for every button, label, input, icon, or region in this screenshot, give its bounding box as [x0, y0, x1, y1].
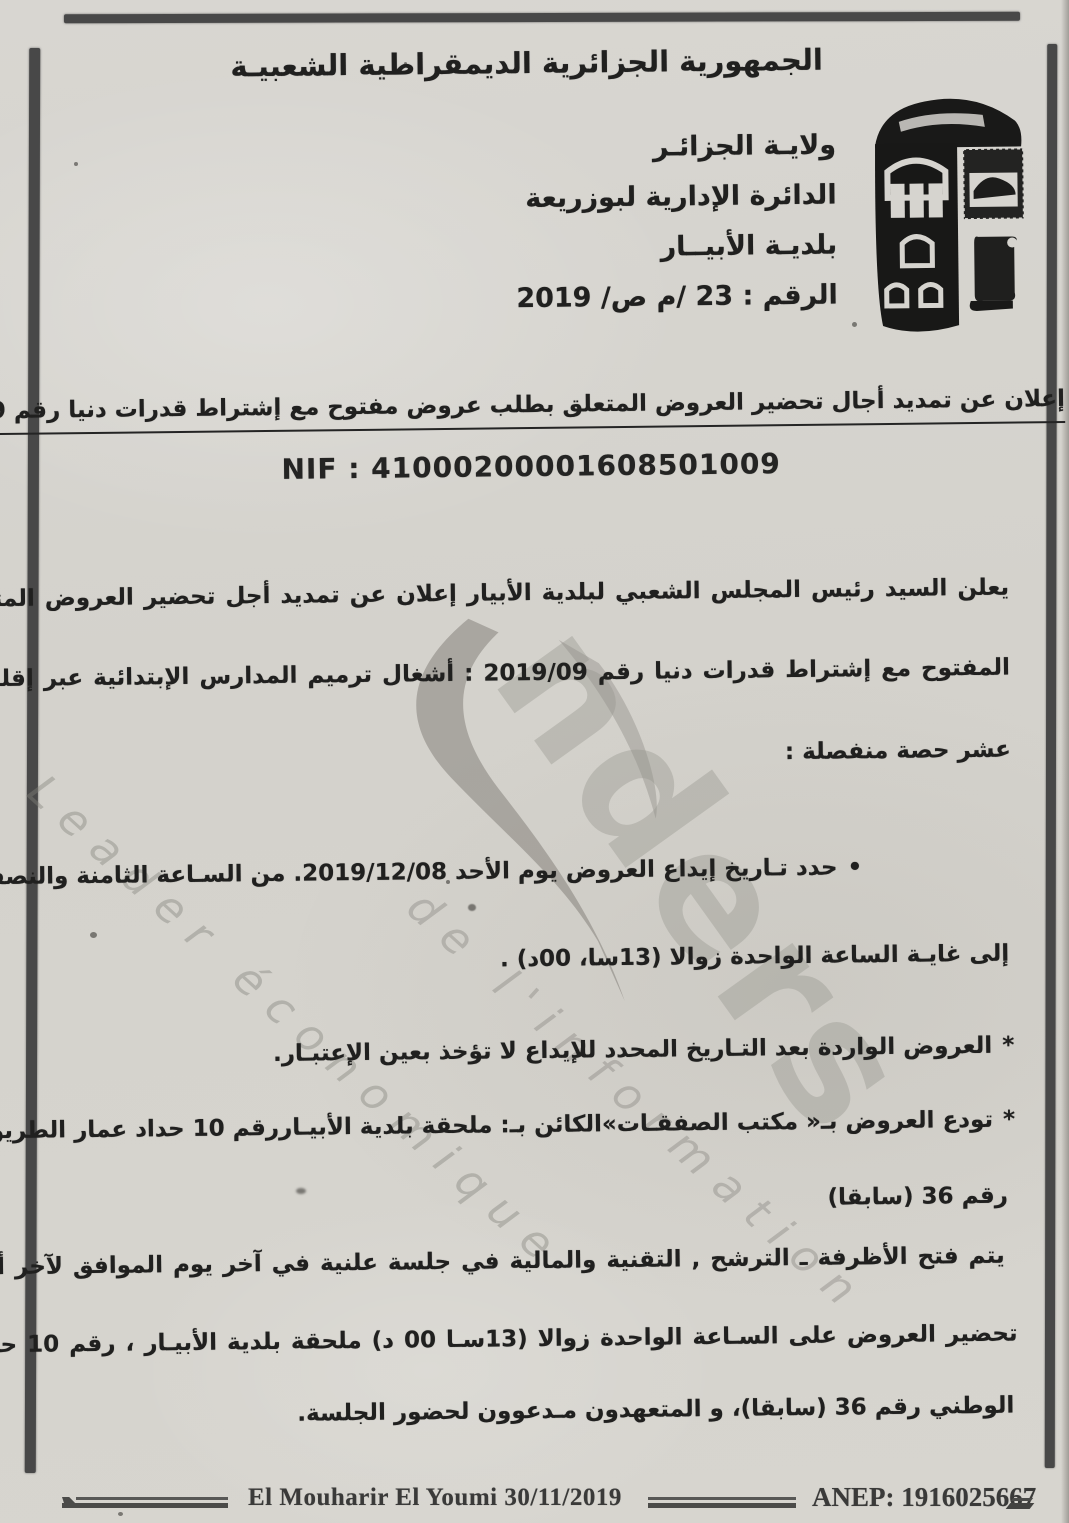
- scan-speck: [118, 1512, 123, 1516]
- bullet-icon: •: [847, 854, 862, 880]
- opening-line-1: يتم فتح الأظرفة ـ الترشح , التقنية والما…: [62, 1243, 1017, 1280]
- note-late-offers: *العروض الواردة بعد التـاريخ المحدد للإي…: [59, 1033, 1014, 1070]
- footer-end-mark: [1008, 1498, 1034, 1510]
- anep-number: ANEP: 1916025667: [812, 1482, 1036, 1513]
- scan-speck: [74, 162, 78, 166]
- scan-speck: [90, 932, 97, 938]
- asterisk-icon: *: [1003, 1107, 1015, 1133]
- intro-line-2: المفتوح مع إشتراط قدرات دنيا رقم 2019/09…: [55, 655, 1010, 692]
- publication-name-date: El Mouharir El Youmi 30/11/2019: [248, 1484, 622, 1512]
- intro-line-1: يعلن السيد رئيس المجلس الشعبي لبلدية الأ…: [54, 575, 1009, 612]
- deposit-time-line: إلى غايـة الساعة الواحدة زوالا (13سا، 00…: [58, 941, 1013, 978]
- notice-body: يعلن السيد رئيس المجلس الشعبي لبلدية الأ…: [47, 0, 1019, 1523]
- scan-speck: [296, 1188, 306, 1194]
- scan-speck: [404, 62, 407, 65]
- scan-speck: [468, 904, 476, 911]
- footer: El Mouharir El Youmi 30/11/2019 ANEP: 19…: [0, 1482, 1069, 1523]
- note-deposit-place-cont: رقم 36 (سابقا): [61, 1183, 1016, 1220]
- scan-speck: [852, 322, 857, 327]
- asterisk-icon: *: [1002, 1033, 1014, 1059]
- document-content: nders Leader économique de l'information…: [0, 0, 1069, 1523]
- footer-mid-rule: [648, 1497, 796, 1509]
- note-deposit-place: *تودع العروض بـ« مكتب الصفقـات»الكائن بـ…: [60, 1107, 1015, 1144]
- scanned-tender-notice: { "doc": { "colors": { "paper": "#d6d4cf…: [0, 0, 1069, 1523]
- intro-line-3: عشر حصة منفصلة :: [56, 737, 1011, 774]
- opening-line-2: تحضير العروض على السـاعة الواحدة زوالا (…: [62, 1321, 1017, 1358]
- deposit-date-line: •حدد تـاريخ إيداع العروض يوم الأحد 2019/…: [57, 853, 1012, 890]
- scan-speck: [446, 880, 450, 884]
- opening-line-3: الوطني رقم 36 (سابقا)، و المتعهدون مـدعو…: [63, 1393, 1018, 1430]
- footer-left-rule: [62, 1497, 228, 1509]
